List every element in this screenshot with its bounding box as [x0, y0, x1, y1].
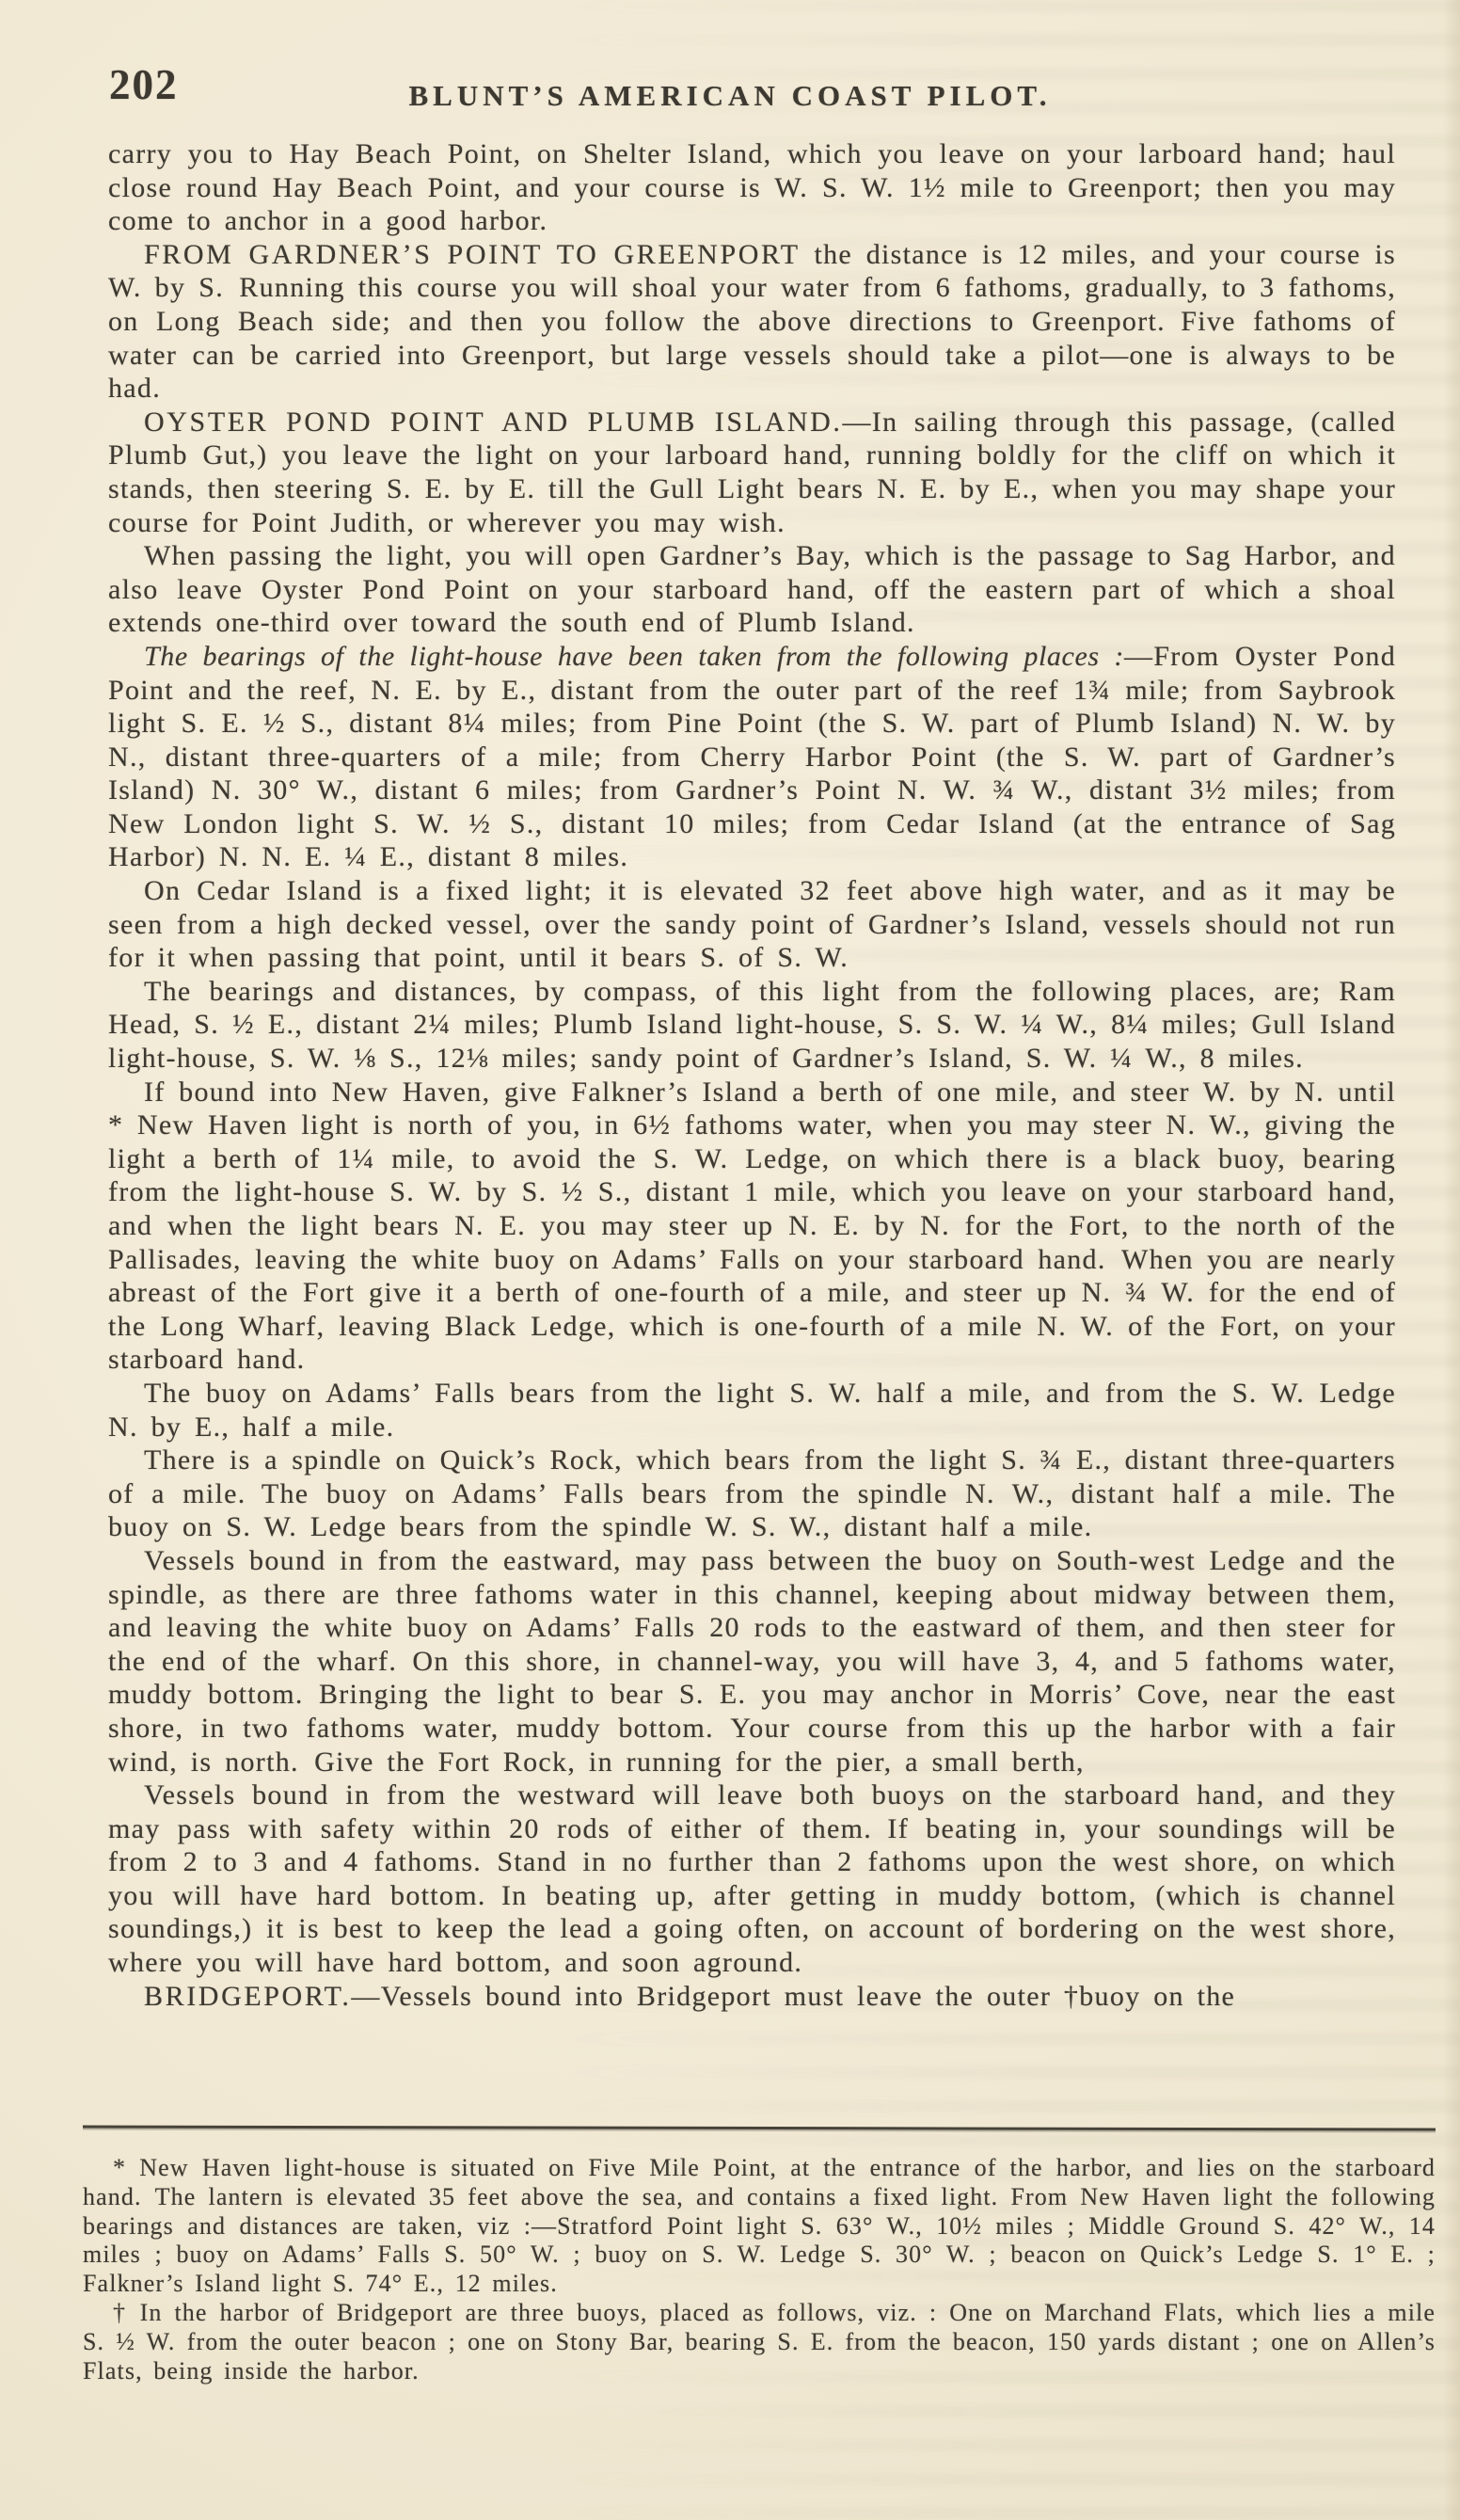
running-head: 202 BLUNT’S AMERICAN COAST PILOT.	[0, 0, 1460, 132]
running-title: BLUNT’S AMERICAN COAST PILOT.	[408, 79, 1051, 113]
page-body: carry you to Hay Beach Point, on Shelter…	[108, 137, 1396, 2013]
book-page: 202 BLUNT’S AMERICAN COAST PILOT. carry …	[0, 0, 1460, 2520]
text-run-plain: The buoy on Adams’ Falls bears from the …	[108, 1378, 1396, 1443]
footnote-paragraph: * New Haven light-house is situated on F…	[83, 2154, 1436, 2299]
paragraph: The bearings and distances, by compass, …	[108, 975, 1396, 1076]
text-run-italic: The bearings of the light-house have bee…	[144, 641, 1124, 672]
paragraph: carry you to Hay Beach Point, on Shelter…	[108, 137, 1396, 238]
text-run-plain: Vessels bound in from the eastward, may …	[108, 1545, 1396, 1778]
paragraph: There is a spindle on Quick’s Rock, whic…	[108, 1443, 1396, 1544]
text-run-plain: —From Oyster Pond Point and the reef, N.…	[108, 641, 1396, 873]
paragraph: OYSTER POND POINT AND PLUMB ISLAND.—In s…	[108, 406, 1396, 539]
footnote-body: * New Haven light-house is situated on F…	[83, 2154, 1436, 2385]
paragraph: The buoy on Adams’ Falls bears from the …	[108, 1377, 1396, 1443]
paragraph: Vessels bound in from the eastward, may …	[108, 1544, 1396, 1778]
paragraph: Vessels bound in from the westward will …	[108, 1778, 1396, 1980]
paragraph: The bearings of the light-house have bee…	[108, 640, 1396, 874]
paragraph: FROM GARDNER’S POINT TO GREENPORT the di…	[108, 238, 1396, 406]
paragraph: When passing the light, you will open Ga…	[108, 539, 1396, 640]
paragraph: If bound into New Haven, give Falkner’s …	[108, 1076, 1396, 1377]
text-run-plain: If bound into New Haven, give Falkner’s …	[108, 1077, 1396, 1376]
text-run-caps: FROM GARDNER’S POINT TO GREENPORT	[144, 239, 801, 270]
text-run-plain: The bearings and distances, by compass, …	[108, 976, 1396, 1074]
paragraph: BRIDGEPORT.—Vessels bound into Bridgepor…	[108, 1980, 1396, 2014]
text-run-caps: OYSTER POND POINT AND PLUMB ISLAND.	[144, 407, 843, 438]
text-run-plain: —Vessels bound into Bridgeport must leav…	[351, 1981, 1235, 2012]
page-fore-edge-shading	[1443, 0, 1460, 2520]
text-run-plain: Vessels bound in from the westward will …	[108, 1779, 1396, 1978]
text-run-caps: BRIDGEPORT.	[144, 1981, 351, 2012]
footnote-rule	[83, 2125, 1436, 2130]
text-run-plain: When passing the light, you will open Ga…	[108, 540, 1396, 638]
footnotes-section: * New Haven light-house is situated on F…	[83, 2127, 1436, 2385]
page-number: 202	[109, 60, 179, 109]
text-run-plain: There is a spindle on Quick’s Rock, whic…	[108, 1444, 1396, 1542]
footnote-paragraph: † In the harbor of Bridgeport are three …	[83, 2299, 1436, 2385]
text-run-plain: † In the harbor of Bridgeport are three …	[83, 2299, 1436, 2384]
text-run-plain: carry you to Hay Beach Point, on Shelter…	[108, 138, 1396, 236]
text-run-plain: * New Haven light-house is situated on F…	[83, 2154, 1436, 2297]
text-run-plain: On Cedar Island is a fixed light; it is …	[108, 875, 1396, 973]
paragraph: On Cedar Island is a fixed light; it is …	[108, 874, 1396, 975]
